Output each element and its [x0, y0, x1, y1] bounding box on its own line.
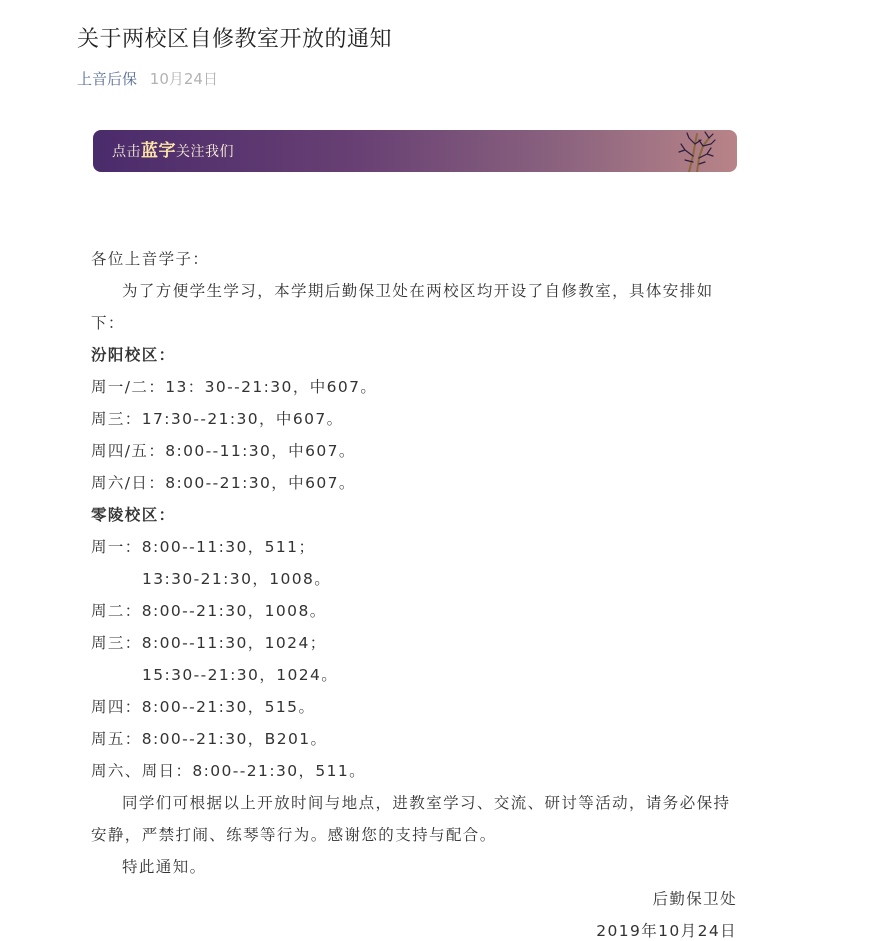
schedule-line: 周一：8:00--11:30，511；	[91, 531, 737, 563]
article-meta: 上音后保 10月24日	[77, 68, 218, 90]
schedule-line: 周一/二：13：30--21:30，中607。	[91, 371, 737, 403]
schedule-line: 周六、周日：8:00--21:30，511。	[91, 755, 737, 787]
article-body: 各位上音学子： 为了方便学生学习，本学期后勤保卫处在两校区均开设了自修教室，具体…	[91, 243, 737, 941]
greeting: 各位上音学子：	[91, 243, 737, 275]
schedule-line: 15:30--21:30，1024。	[91, 659, 737, 691]
schedule-line: 周六/日：8:00--21:30，中607。	[91, 467, 737, 499]
schedule-line: 周四/五：8:00--11:30，中607。	[91, 435, 737, 467]
schedule-line: 13:30-21:30，1008。	[91, 563, 737, 595]
article-title: 关于两校区自修教室开放的通知	[77, 24, 392, 56]
intro-paragraph: 为了方便学生学习，本学期后勤保卫处在两校区均开设了自修教室，具体安排如下：	[91, 275, 737, 339]
schedule-line: 周三：17:30--21:30，中607。	[91, 403, 737, 435]
signature: 后勤保卫处	[91, 883, 737, 915]
notice-line: 特此通知。	[91, 851, 737, 883]
signature-date: 2019年10月24日	[91, 915, 737, 941]
banner-suffix: 关注我们	[176, 144, 234, 160]
schedule-line: 周二：8:00--21:30，1008。	[91, 595, 737, 627]
schedule-line: 周四：8:00--21:30，515。	[91, 691, 737, 723]
bare-tree-icon	[675, 130, 719, 172]
campus-heading-lingling: 零陵校区：	[91, 499, 737, 531]
author-link[interactable]: 上音后保	[77, 70, 137, 88]
campus-heading-fenyang: 汾阳校区：	[91, 339, 737, 371]
closing-paragraph: 同学们可根据以上开放时间与地点，进教室学习、交流、研讨等活动，请务必保持安静，严…	[91, 787, 737, 851]
publish-date: 10月24日	[150, 70, 218, 88]
banner-text: 点击蓝字关注我们	[112, 140, 234, 163]
banner-highlight: 蓝字	[141, 141, 176, 161]
schedule-line: 周五：8:00--21:30，B201。	[91, 723, 737, 755]
banner-prefix: 点击	[112, 144, 141, 160]
follow-us-banner[interactable]: 点击蓝字关注我们	[93, 130, 737, 172]
schedule-line: 周三：8:00--11:30，1024；	[91, 627, 737, 659]
